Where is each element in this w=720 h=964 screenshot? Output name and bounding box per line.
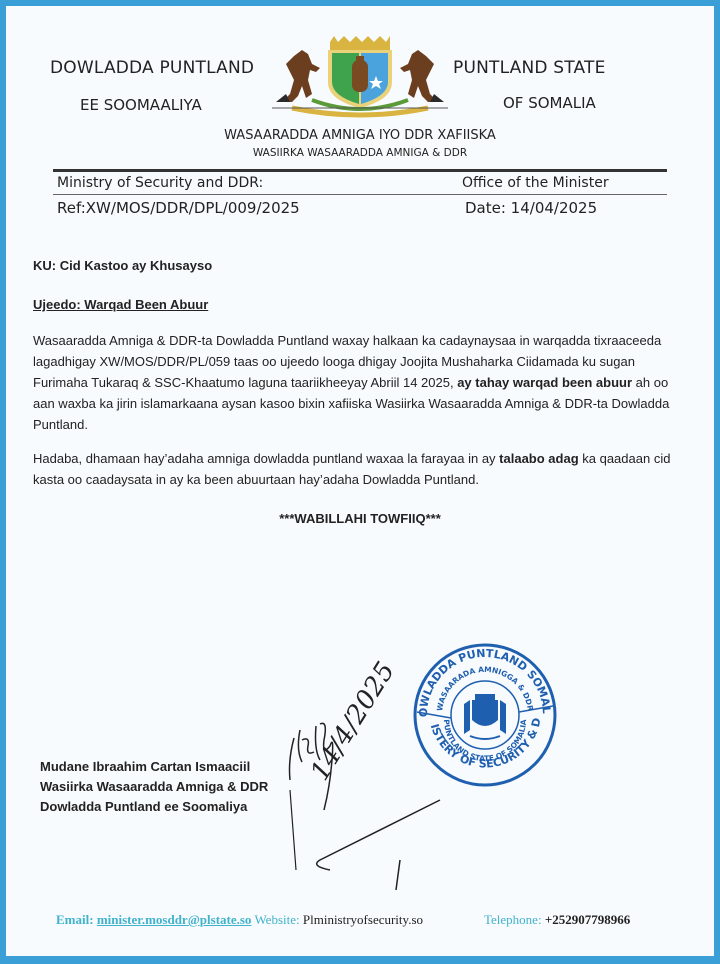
- ministry-label: Ministry of Security and DDR:: [57, 175, 263, 191]
- signature-underline: [300, 790, 460, 900]
- footer-contact: Email: minister.mosddr@plstate.so Websit…: [56, 912, 423, 928]
- header-left-line1: DOWLADDA PUNTLAND: [50, 58, 254, 78]
- recipient-line: KU: Cid Kastoo ay Khusayso: [33, 255, 212, 276]
- office-label: Office of the Minister: [462, 175, 609, 191]
- signatory-organization: Dowladda Puntland ee Soomaliya: [40, 796, 247, 817]
- body-paragraph-1: Wasaaradda Amniga & DDR-ta Dowladda Punt…: [33, 330, 683, 435]
- signatory-title: Wasiirka Wasaaradda Amniga & DDR: [40, 776, 268, 797]
- website-label: Website:: [254, 912, 299, 927]
- minister-office-title: WASIIRKA WASAARADDA AMNIGA & DDR: [0, 147, 720, 159]
- header-rule: [53, 169, 667, 172]
- emphasis-firm-action: talaabo adag: [499, 451, 578, 466]
- coat-of-arms-logo: [272, 36, 448, 118]
- telephone-value[interactable]: +252907798966: [545, 912, 630, 927]
- header-right-line1: PUNTLAND STATE: [453, 58, 606, 78]
- subject-line: Ujeedo: Warqad Been Abuur: [33, 294, 208, 315]
- footer-telephone: Telephone: +252907798966: [484, 912, 630, 928]
- ministry-title: WASAARADDA AMNIGA IYO DDR XAFIISKA: [0, 128, 720, 143]
- meta-rule: [53, 194, 667, 195]
- telephone-label: Telephone:: [484, 912, 542, 927]
- signatory-name: Mudane Ibraahim Cartan Ismaaciil: [40, 756, 250, 777]
- header-right-line2: OF SOMALIA: [503, 94, 596, 112]
- body-paragraph-2: Hadaba, dhamaan hay’adaha amniga dowladd…: [33, 448, 693, 490]
- reference-number: Ref:XW/MOS/DDR/DPL/009/2025: [57, 199, 300, 217]
- header-left-line2: EE SOOMAALIYA: [80, 96, 202, 114]
- email-label: Email:: [56, 912, 94, 927]
- email-link[interactable]: minister.mosddr@plstate.so: [97, 912, 252, 927]
- website-value[interactable]: Plministryofsecurity.so: [303, 912, 423, 927]
- letter-date: Date: 14/04/2025: [465, 199, 597, 217]
- emphasis-fake-letter: ay tahay warqad been abuur: [457, 375, 632, 390]
- closing-line: ***WABILLAHI TOWFIIQ***: [0, 508, 720, 529]
